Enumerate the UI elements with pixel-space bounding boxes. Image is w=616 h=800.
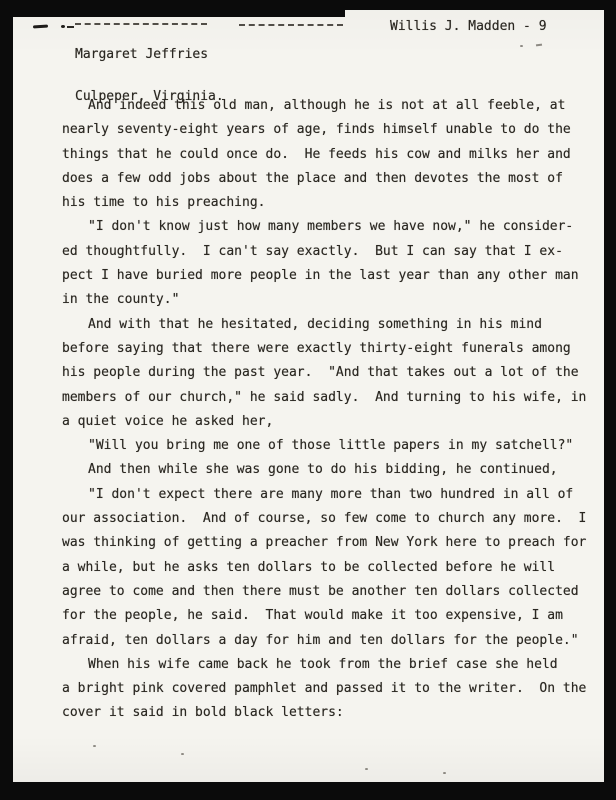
pencil-dash-mark (33, 24, 48, 28)
scan-speck (365, 768, 368, 770)
text-line: was thinking of getting a preacher from … (62, 535, 582, 559)
text-line: agree to come and then there must be ano… (62, 584, 582, 608)
text-line: "I don't know just how many members we h… (62, 219, 582, 243)
text-line: a while, but he asks ten dollars to be c… (62, 560, 582, 584)
text-line: before saying that there were exactly th… (62, 341, 582, 365)
text-line: pect I have buried more people in the la… (62, 268, 582, 292)
text-line: for the people, he said. That would make… (62, 608, 582, 632)
text-line: nearly seventy-eight years of age, finds… (62, 122, 582, 146)
header-author-name: Margaret Jeffries (75, 48, 224, 62)
text-line: "I don't expect there are many more than… (62, 487, 582, 511)
text-line: in the county." (62, 292, 582, 316)
text-line: afraid, ten dollars a day for him and te… (62, 633, 582, 657)
scanned-page: Margaret Jeffries Culpeper, Virginia. Wi… (0, 0, 616, 800)
header-page-label: Willis J. Madden - 9 (390, 20, 547, 34)
text-line: cover it said in bold black letters: (62, 705, 582, 729)
text-line: When his wife came back he took from the… (62, 657, 582, 681)
text-line: his people during the past year. "And th… (62, 365, 582, 389)
scan-speck (443, 772, 446, 774)
text-line: a quiet voice he asked her, (62, 414, 582, 438)
text-line: And indeed this old man, although he is … (62, 98, 582, 122)
scan-speck (536, 44, 542, 47)
text-line: And then while she was gone to do his bi… (62, 462, 582, 486)
document-page: Margaret Jeffries Culpeper, Virginia. Wi… (13, 8, 604, 782)
text-line: does a few odd jobs about the place and … (62, 171, 582, 195)
scan-speck (520, 45, 523, 47)
text-line: things that he could once do. He feeds h… (62, 147, 582, 171)
body-lines: And indeed this old man, although he is … (62, 98, 582, 730)
pencil-dot-mark (61, 25, 73, 28)
scan-border-top (345, 0, 616, 10)
scan-speck (93, 745, 96, 747)
text-line: "Will you bring me one of those little p… (62, 438, 582, 462)
text-line: And with that he hesitated, deciding som… (62, 317, 582, 341)
text-line: ed thoughtfully. I can't say exactly. Bu… (62, 244, 582, 268)
scan-speck (181, 753, 184, 755)
text-line: members of our church," he said sadly. A… (62, 390, 582, 414)
text-line: his time to his preaching. (62, 195, 582, 219)
scan-border-top (0, 0, 345, 17)
text-line: our association. And of course, so few c… (62, 511, 582, 535)
text-line: a bright pink covered pamphlet and passe… (62, 681, 582, 705)
